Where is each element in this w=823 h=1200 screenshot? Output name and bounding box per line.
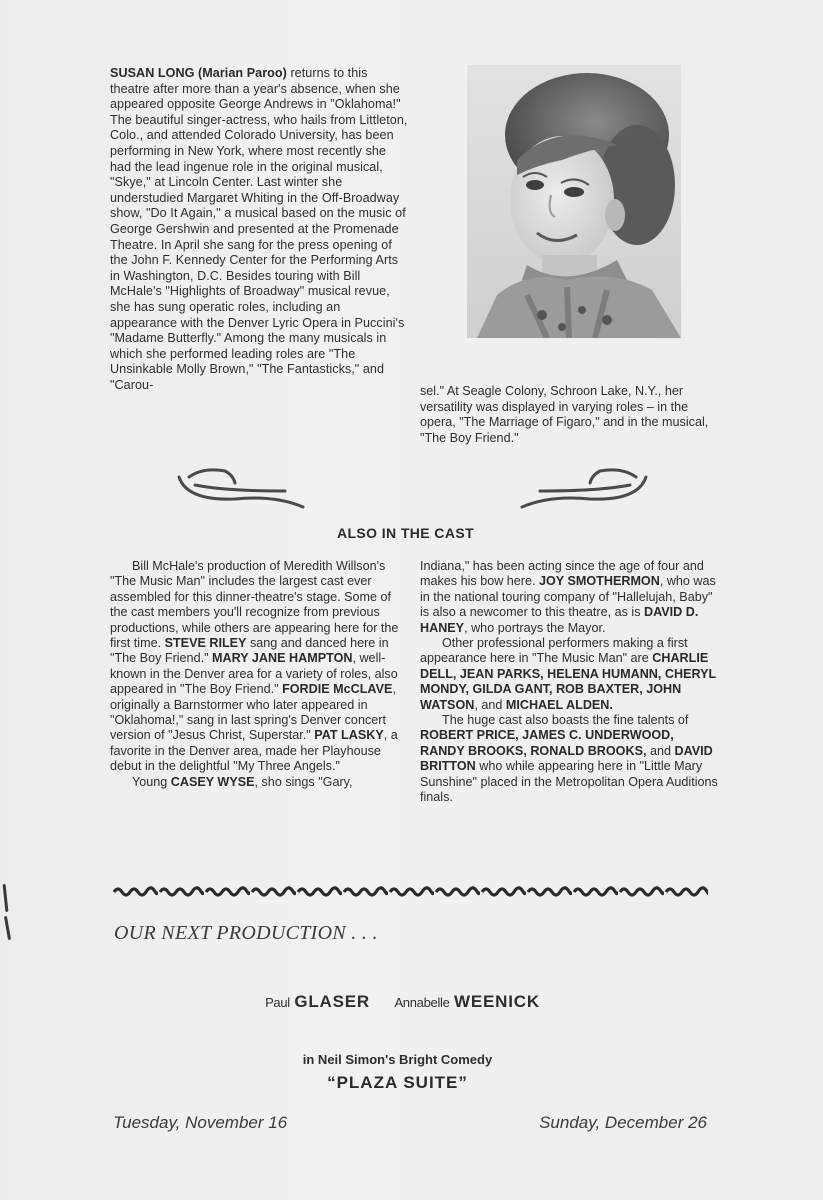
cast-paragraph: Young CASEY WYSE, sho sings "Gary, xyxy=(110,775,410,790)
cast-member-name: CASEY WYSE xyxy=(171,775,255,789)
star-last-name: GLASER xyxy=(294,992,370,1011)
star-credit: Annabelle WEENICK xyxy=(394,992,539,1012)
heading-text: ALSO IN THE CAST xyxy=(337,525,474,541)
bio-continuation: sel." At Seagle Colony, Schroon Lake, N.… xyxy=(420,384,720,446)
bio-text: returns to this theatre after more than … xyxy=(110,66,407,392)
cast-member-name: FORDIE McCLAVE xyxy=(282,682,392,696)
cast-text: , and xyxy=(474,698,506,712)
cast-text: Young xyxy=(132,775,171,789)
production-description: in Neil Simon's Bright Comedy xyxy=(0,1052,823,1067)
cast-member-name: PAT LASKY xyxy=(314,728,384,742)
cast-paragraph: Other professional performers making a f… xyxy=(420,636,720,713)
cast-text: , sho sings "Gary, xyxy=(255,775,353,789)
cast-member-name: ROBERT PRICE, JAMES C. UNDERWOOD, RANDY … xyxy=(420,728,674,757)
page-edge-mark xyxy=(3,884,9,912)
star-first-name: Paul xyxy=(265,995,290,1010)
cast-text: , who portrays the Mayor. xyxy=(464,621,605,635)
cast-text: and xyxy=(646,744,674,758)
flourish-left-icon xyxy=(175,465,315,510)
bio-susan-long: SUSAN LONG (Marian Paroo) returns to thi… xyxy=(110,66,410,393)
starring-line: Paul GLASER Annabelle WEENICK xyxy=(0,992,823,1012)
page-edge-mark xyxy=(4,916,11,940)
cast-member-name: JOY SMOTHERMON xyxy=(539,574,660,588)
vehicle-text: in Neil Simon's Bright Comedy xyxy=(303,1052,492,1067)
show-title: “PLAZA SUITE” xyxy=(0,1073,823,1093)
cast-paragraph: Indiana," has been acting since the age … xyxy=(420,559,720,636)
section-heading-also-in-cast: ALSO IN THE CAST xyxy=(0,525,823,541)
cast-text: Other professional performers making a f… xyxy=(420,636,688,665)
run-end-date: Sunday, December 26 xyxy=(539,1113,707,1133)
cast-member-name: MARY JANE HAMPTON xyxy=(212,651,352,665)
cast-paragraph: Bill McHale's production of Meredith Wil… xyxy=(110,559,410,775)
cast-member-name: MICHAEL ALDEN. xyxy=(506,698,613,712)
show-title-text: “PLAZA SUITE” xyxy=(327,1073,468,1092)
cast-paragraph: The huge cast also boasts the fine talen… xyxy=(420,713,720,805)
flourish-right-icon xyxy=(510,465,650,510)
portrait-photo xyxy=(467,65,681,338)
star-last-name: WEENICK xyxy=(454,992,540,1011)
cast-column-right: Indiana," has been acting since the age … xyxy=(420,559,720,806)
cast-text: The huge cast also boasts the fine talen… xyxy=(442,713,688,727)
star-first-name: Annabelle xyxy=(394,995,449,1010)
ornamental-border-icon xyxy=(112,884,708,898)
portrait-image-icon xyxy=(467,65,681,338)
next-production-heading: OUR NEXT PRODUCTION . . . xyxy=(114,922,378,945)
bio-name-role: SUSAN LONG (Marian Paroo) xyxy=(110,66,287,80)
cast-column-left: Bill McHale's production of Meredith Wil… xyxy=(110,559,410,790)
run-start-date: Tuesday, November 16 xyxy=(113,1113,287,1133)
star-credit: Paul GLASER xyxy=(265,992,370,1012)
cast-member-name: STEVE RILEY xyxy=(165,636,247,650)
